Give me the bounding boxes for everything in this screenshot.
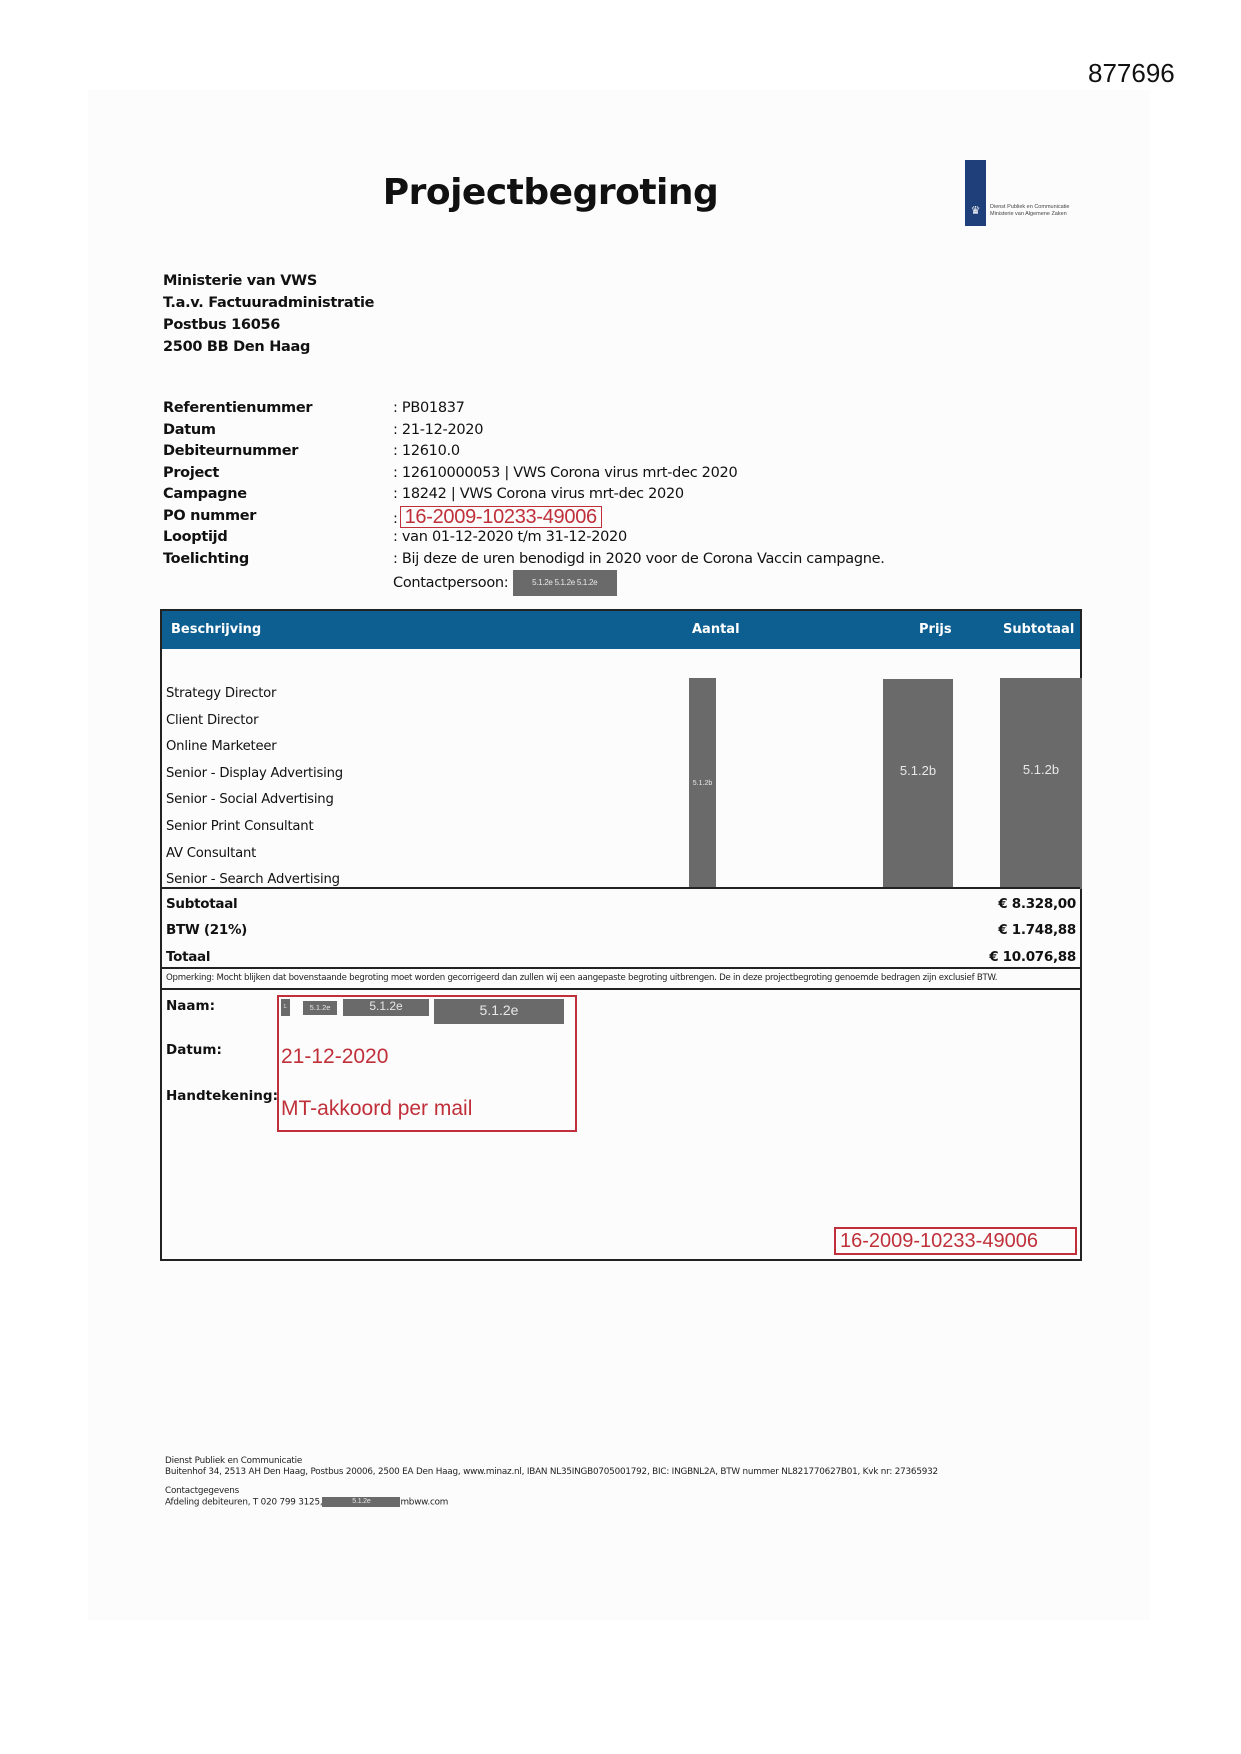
po-number-stamp: 16-2009-10233-49006 <box>400 506 602 528</box>
table-row: Client Director <box>166 708 343 735</box>
name-label: Naam: <box>166 998 215 1014</box>
email-redaction: 5.1.2e <box>322 1497 400 1507</box>
table-header: Beschrijving Aantal Prijs Subtotaal <box>162 611 1080 649</box>
divider <box>162 967 1080 969</box>
ministry-logo: ♛ Dienst Publiek en Communicatie Ministe… <box>965 160 1085 226</box>
divider <box>162 988 1080 990</box>
document-number: 877696 <box>1088 58 1175 89</box>
approval-date: 21-12-2020 <box>281 1045 388 1069</box>
name-redaction: 5.1.2e <box>434 999 564 1024</box>
total-row: Totaal € 10.076,88 <box>166 949 1076 975</box>
title-text: Projectbegroting <box>383 172 719 213</box>
meta-row-duration: Looptijd : van 01-12-2020 t/m 31-12-2020 <box>163 527 885 549</box>
logo-text: Dienst Publiek en Communicatie Ministeri… <box>990 204 1069 217</box>
footer-org: Dienst Publiek en Communicatie <box>165 1456 938 1467</box>
vat-row: BTW (21%) € 1.748,88 <box>166 922 1076 948</box>
meta-row-reference: Referentienummer : PB01837 <box>163 398 885 420</box>
name-redaction: 5.1.2e <box>303 1001 337 1015</box>
col-description: Beschrijving <box>171 622 261 637</box>
name-redaction: 1. <box>281 999 290 1016</box>
divider <box>162 887 1080 889</box>
col-quantity: Aantal <box>692 622 740 637</box>
table-row: Senior - Search Advertising <box>166 867 343 894</box>
meta-row-po: PO nummer :16-2009-10233-49006 <box>163 506 885 528</box>
table-row: Senior - Display Advertising <box>166 761 343 788</box>
quantity-redaction: 5.1.2b <box>689 678 716 889</box>
col-price: Prijs <box>919 622 952 637</box>
budget-table: Beschrijving Aantal Prijs Subtotaal Stra… <box>160 609 1082 1261</box>
footer-address: Buitenhof 34, 2513 AH Den Haag, Postbus … <box>165 1467 938 1478</box>
table-row: Senior - Social Advertising <box>166 787 343 814</box>
approval-stamp: 1. 5.1.2e 5.1.2e 5.1.2e 21-12-2020 MT-ak… <box>277 995 577 1132</box>
addressee-block: Ministerie van VWS T.a.v. Factuuradminis… <box>163 270 374 358</box>
meta-row-date: Datum : 21-12-2020 <box>163 420 885 442</box>
col-subtotal: Subtotaal <box>1003 622 1074 637</box>
page-footer: Dienst Publiek en Communicatie Buitenhof… <box>165 1456 938 1508</box>
table-row: Senior Print Consultant <box>166 814 343 841</box>
contact-redaction: 5.1.2e 5.1.2e 5.1.2e <box>513 570 617 596</box>
addressee-line: Ministerie van VWS <box>163 270 374 292</box>
subtotal-row: Subtotaal € 8.328,00 <box>166 896 1076 922</box>
footer-contact-heading: Contactgegevens <box>165 1486 938 1497</box>
addressee-line: Postbus 16056 <box>163 314 374 336</box>
signature-label: Handtekening: <box>166 1088 278 1104</box>
meta-row-project: Project : 12610000053 | VWS Corona virus… <box>163 463 885 485</box>
name-redaction: 5.1.2e <box>343 999 429 1016</box>
remark-text: Opmerking: Mocht blijken dat bovenstaand… <box>166 973 997 983</box>
meta-block: Referentienummer : PB01837 Datum : 21-12… <box>163 398 885 596</box>
subtotal-redaction: 5.1.2b <box>1000 678 1082 889</box>
approval-note: MT-akkoord per mail <box>281 1097 472 1121</box>
crest-icon: ♛ <box>967 204 984 218</box>
price-redaction: 5.1.2b <box>883 679 953 889</box>
addressee-line: T.a.v. Factuuradministratie <box>163 292 374 314</box>
po-number-footer-stamp: 16-2009-10233-49006 <box>834 1227 1077 1255</box>
date-label: Datum: <box>166 1042 222 1058</box>
meta-row-campaign: Campagne : 18242 | VWS Corona virus mrt-… <box>163 484 885 506</box>
table-row: Strategy Director <box>166 681 343 708</box>
contact-person: Contactpersoon: 5.1.2e 5.1.2e 5.1.2e <box>163 570 885 596</box>
footer-contact-line: Afdeling debiteuren, T 020 799 3125,5.1.… <box>165 1497 938 1508</box>
table-row: Online Marketeer <box>166 734 343 761</box>
meta-row-explanation: Toelichting : Bij deze de uren benodigd … <box>163 549 885 571</box>
line-items: Strategy Director Client Director Online… <box>166 681 343 894</box>
meta-row-debtor: Debiteurnummer : 12610.0 <box>163 441 885 463</box>
table-row: AV Consultant <box>166 841 343 868</box>
addressee-line: 2500 BB Den Haag <box>163 336 374 358</box>
